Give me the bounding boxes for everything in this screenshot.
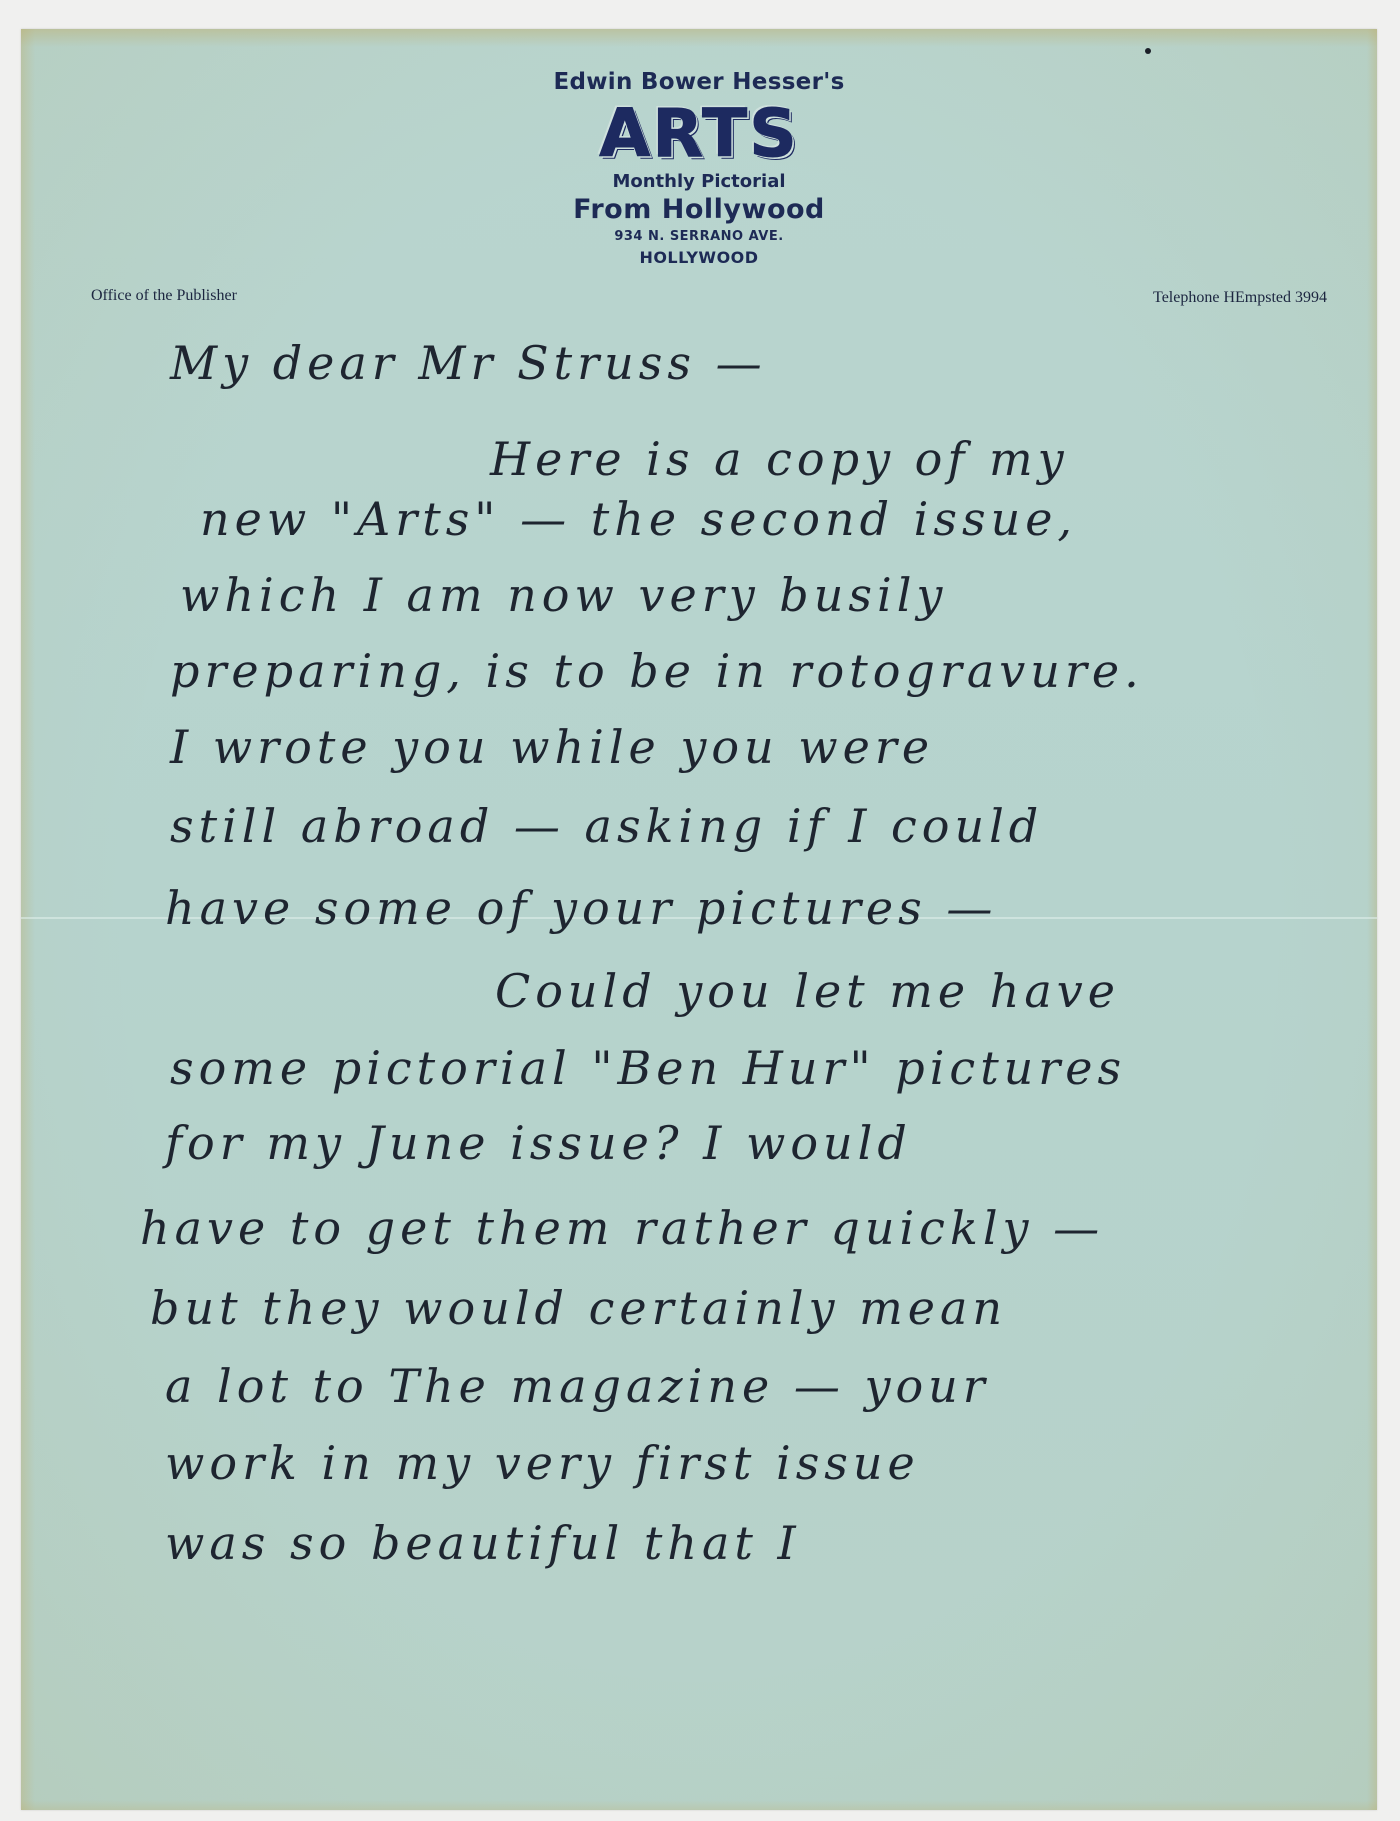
letterhead-owner: Edwin Bower Hesser's [21, 69, 1377, 95]
handwritten-line: work in my very first issue [165, 1440, 920, 1486]
handwritten-line: preparing, is to be in rotogravure. [170, 648, 1144, 694]
handwritten-line: but they would certainly mean [150, 1285, 1007, 1331]
letterhead-address: 934 N. SERRANO AVE. [21, 229, 1377, 244]
letterhead-from: From Hollywood [21, 194, 1377, 225]
office-label: Office of the Publisher [91, 287, 237, 305]
handwritten-line: My dear Mr Struss — [170, 340, 767, 386]
telephone-label: Telephone HEmpsted 3994 [1153, 289, 1327, 307]
scanned-letter: Edwin Bower Hesser's ARTS Monthly Pictor… [0, 0, 1400, 1821]
handwritten-line: still abroad — asking if I could [170, 803, 1043, 849]
letterhead-subtitle: Monthly Pictorial [21, 171, 1377, 192]
handwritten-line: have some of your pictures — [165, 885, 997, 931]
handwritten-line: for my June issue? I would [165, 1120, 912, 1166]
handwritten-line: Here is a copy of my [490, 436, 1069, 482]
handwritten-line: which I am now very busily [180, 572, 947, 618]
letterhead-city: HOLLYWOOD [21, 248, 1377, 267]
letterhead-title: ARTS [21, 101, 1377, 167]
letter-paper: Edwin Bower Hesser's ARTS Monthly Pictor… [21, 29, 1377, 1810]
handwritten-line: I wrote you while you were [170, 724, 934, 770]
handwritten-line: Could you let me have [495, 968, 1120, 1014]
handwritten-line: new "Arts" — the second issue, [200, 496, 1077, 542]
handwritten-line: have to get them rather quickly — [140, 1205, 1104, 1251]
handwritten-line: was so beautiful that I [165, 1520, 801, 1566]
handwritten-line: some pictorial "Ben Hur" pictures [170, 1045, 1126, 1091]
handwritten-line: a lot to The magazine — your [165, 1363, 990, 1409]
letterhead: Edwin Bower Hesser's ARTS Monthly Pictor… [21, 49, 1377, 267]
